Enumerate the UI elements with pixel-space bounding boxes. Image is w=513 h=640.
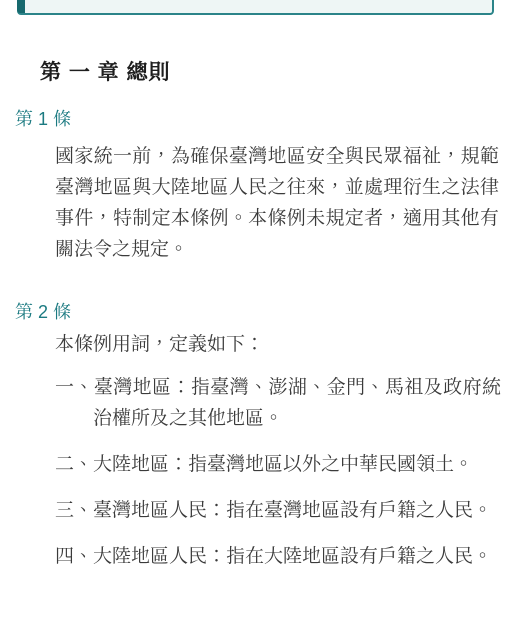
list-item: 三、臺灣地區人民：指在臺灣地區設有戶籍之人民。 <box>55 495 501 526</box>
top-search-box[interactable] <box>17 0 494 15</box>
chapter-heading: 第 一 章 總則 <box>40 58 171 88</box>
item-marker: 三、 <box>55 500 93 521</box>
item-marker: 二、 <box>55 454 93 475</box>
article-2-intro: 本條例用詞，定義如下： <box>55 329 499 360</box>
item-marker: 一、 <box>55 377 94 398</box>
list-item: 二、大陸地區：指臺灣地區以外之中華民國領土。 <box>55 449 501 480</box>
input-accent-bar <box>17 0 25 13</box>
item-text: 大陸地區人民：指在大陸地區設有戶籍之人民。 <box>93 546 492 567</box>
law-document-page: 第 一 章 總則 第 1 條 國家統一前，為確保臺灣地區安全與民眾福祉，規範臺灣… <box>0 0 513 640</box>
item-text: 大陸地區：指臺灣地區以外之中華民國領土。 <box>93 454 473 475</box>
article-1-paragraph: 國家統一前，為確保臺灣地區安全與民眾福祉，規範臺灣地區與大陸地區人民之往來，並處… <box>55 141 499 265</box>
article-2-definition-list: 一、臺灣地區：指臺灣、澎湖、金門、馬祖及政府統治權所及之其他地區。 二、大陸地區… <box>55 372 501 587</box>
article-2-label[interactable]: 第 2 條 <box>15 300 71 324</box>
list-item: 一、臺灣地區：指臺灣、澎湖、金門、馬祖及政府統治權所及之其他地區。 <box>55 372 501 434</box>
item-text: 臺灣地區人民：指在臺灣地區設有戶籍之人民。 <box>93 500 492 521</box>
list-item: 四、大陸地區人民：指在大陸地區設有戶籍之人民。 <box>55 541 501 572</box>
item-marker: 四、 <box>55 546 93 567</box>
item-text: 臺灣地區：指臺灣、澎湖、金門、馬祖及政府統治權所及之其他地區。 <box>93 377 501 429</box>
article-1-label[interactable]: 第 1 條 <box>15 107 71 131</box>
